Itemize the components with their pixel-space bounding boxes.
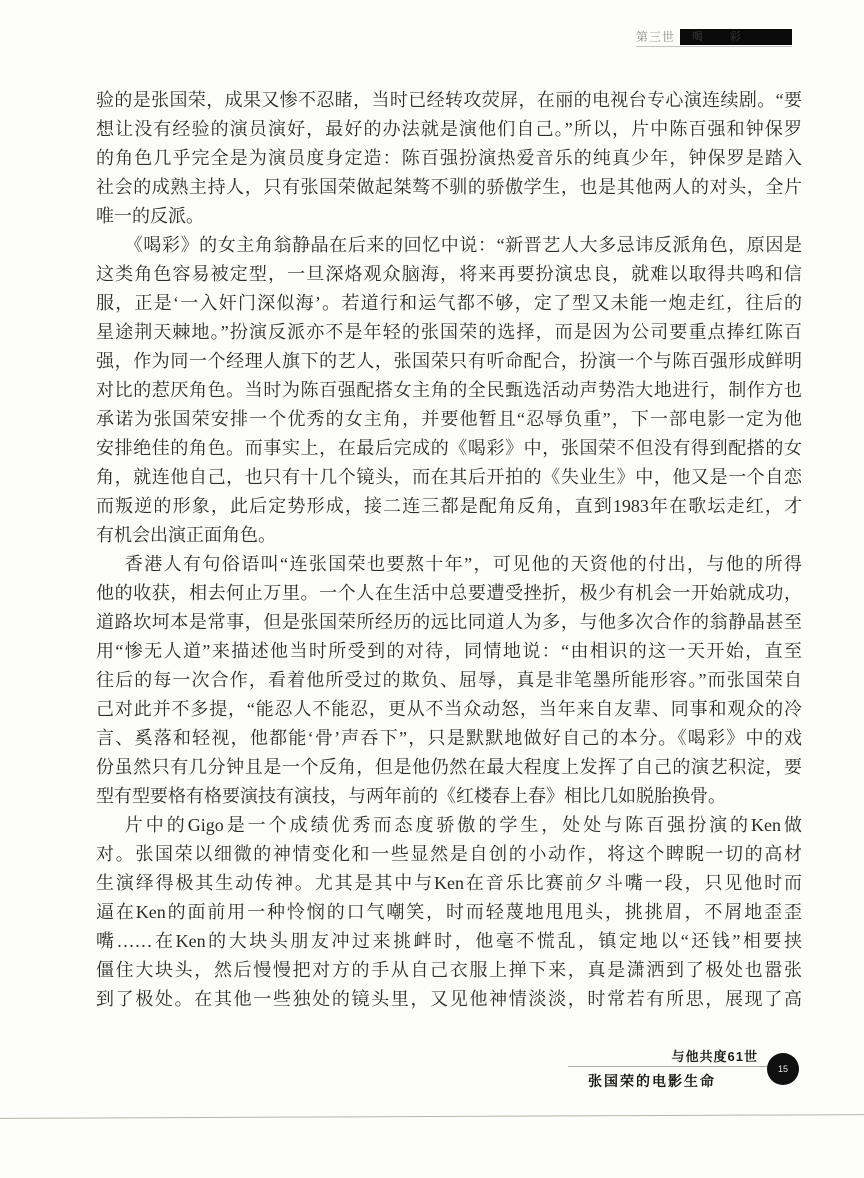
footer-series-title: 与他共度61世: [672, 1046, 758, 1065]
text-line: 僵住大块头，然后慢慢把对方的手从自己衣服上掸下来，真是潇洒到了极处也嚣张: [96, 956, 802, 985]
text-line: 想让没有经验的演员演好，最好的办法就是演他们自己。”所以，片中陈百强和钟保罗: [96, 115, 802, 144]
page-number: 15: [778, 1064, 788, 1074]
text-line: 嘴……在Ken的大块头朋友冲过来挑衅时，他毫不慌乱，镇定地以“还钱”相要挟: [96, 927, 802, 956]
footer-rule: [568, 1066, 776, 1067]
text-line: 香港人有句俗语叫“连张国荣也要熬十年”，可见他的天资他的付出，与他的所得: [96, 550, 802, 579]
book-page: 第三世 喝 彩 验的是张国荣，成果又惨不忍睹，当时已经转攻荧屏，在丽的电视台专心…: [0, 0, 864, 1178]
text-line: 往后的每一次合作，看着他所受过的欺负、屈辱，真是非笔墨所能形容。”而张国荣自: [96, 666, 802, 695]
text-line: 片中的Gigo是一个成绩优秀而态度骄傲的学生，处处与陈百强扮演的Ken做: [96, 811, 802, 840]
text-line: 角，就连他自己，也只有十几个镜头，而在其后开拍的《失业生》中，他又是一个自恋: [96, 463, 802, 492]
text-line: 而叛逆的形象，此后定势形成，接二连三都是配角反角，直到1983年在歌坛走红，才: [96, 492, 802, 521]
text-line: 生演绎得极其生动传神。尤其是其中与Ken在音乐比赛前夕斗嘴一段，只见他时而: [96, 869, 802, 898]
text-line: 有机会出演正面角色。: [96, 521, 802, 550]
scan-artifact-line: [0, 1114, 864, 1119]
text-line: 星途荆天棘地。”扮演反派亦不是年轻的张国荣的选择，而是因为公司要重点捧红陈百: [96, 318, 802, 347]
section-title-bar: 喝 彩: [680, 29, 792, 45]
body-text: 验的是张国荣，成果又惨不忍睹，当时已经转攻荧屏，在丽的电视台专心演连续剧。“要想…: [96, 86, 802, 1014]
text-line: 安排绝佳的角色。而事实上，在最后完成的《喝彩》中，张国荣不但没有得到配搭的女: [96, 434, 802, 463]
text-line: 他的收获，相去何止万里。一个人在生活中总要遭受挫折，极少有机会一开始就成功，: [96, 579, 802, 608]
text-line: 用“惨无人道”来描述他当时所受到的对待，同情地说：“由相识的这一天开始，直至: [96, 637, 802, 666]
text-line: 份虽然只有几分钟且是一个反角，但是他仍然在最大程度上发挥了自己的演艺积淀，要: [96, 753, 802, 782]
text-line: 这类角色容易被定型，一旦深烙观众脑海，将来再要扮演忠良，就难以取得共鸣和信: [96, 260, 802, 289]
text-line: 服，正是‘一入奸门深似海’。若道行和运气都不够，定了型又未能一炮走红，往后的: [96, 289, 802, 318]
text-line: 型有型要格有格要演技有演技，与两年前的《红楼春上春》相比几如脱胎换骨。: [96, 782, 802, 811]
text-line: 对。张国荣以细微的神情变化和一些显然是自创的小动作，将这个睥睨一切的高材: [96, 840, 802, 869]
text-line: 的角色几乎完全是为演员度身定造：陈百强扮演热爱音乐的纯真少年，钟保罗是踏入: [96, 144, 802, 173]
text-line: 到了极处。在其他一些独处的镜头里，又见他神情淡淡，时常若有所思，展现了高: [96, 985, 802, 1014]
text-line: 对比的惹厌角色。当时为陈百强配搭女主角的全民甄选活动声势浩大地进行，制作方也: [96, 376, 802, 405]
text-line: 《喝彩》的女主角翁静晶在后来的回忆中说：“新晋艺人大多忌讳反派角色，原因是: [96, 231, 802, 260]
text-line: 社会的成熟主持人，只有张国荣做起桀骜不驯的骄傲学生，也是其他两人的对头，全片: [96, 173, 802, 202]
text-line: 唯一的反派。: [96, 202, 802, 231]
page-header: 第三世 喝 彩: [636, 27, 792, 47]
text-line: 验的是张国荣，成果又惨不忍睹，当时已经转攻荧屏，在丽的电视台专心演连续剧。“要: [96, 86, 802, 115]
text-line: 逼在Ken的面前用一种怜悯的口气嘲笑，时而轻蔑地甩甩头，挑挑眉，不屑地歪歪: [96, 898, 802, 927]
page-number-badge: 15: [767, 1053, 799, 1085]
text-line: 强，作为同一个经理人旗下的艺人，张国荣只有听命配合，扮演一个与陈百强形成鲜明: [96, 347, 802, 376]
footer-book-subtitle: 张国荣的电影生命: [588, 1071, 716, 1091]
text-line: 己对此并不多提，“能忍人不能忍，更从不当众动怒，当年来自友辈、同事和观众的冷: [96, 695, 802, 724]
text-line: 言、奚落和轻视，他都能‘骨’声吞下”，只是默默地做好自己的本分。《喝彩》中的戏: [96, 724, 802, 753]
text-line: 承诺为张国荣安排一个优秀的女主角，并要他暂且“忍辱负重”，下一部电影一定为他: [96, 405, 802, 434]
section-title: 喝 彩: [680, 29, 753, 45]
text-line: 道路坎坷本是常事，但是张国荣所经历的远比同道人为多，与他多次合作的翁静晶甚至: [96, 608, 802, 637]
chapter-label: 第三世: [636, 29, 675, 45]
